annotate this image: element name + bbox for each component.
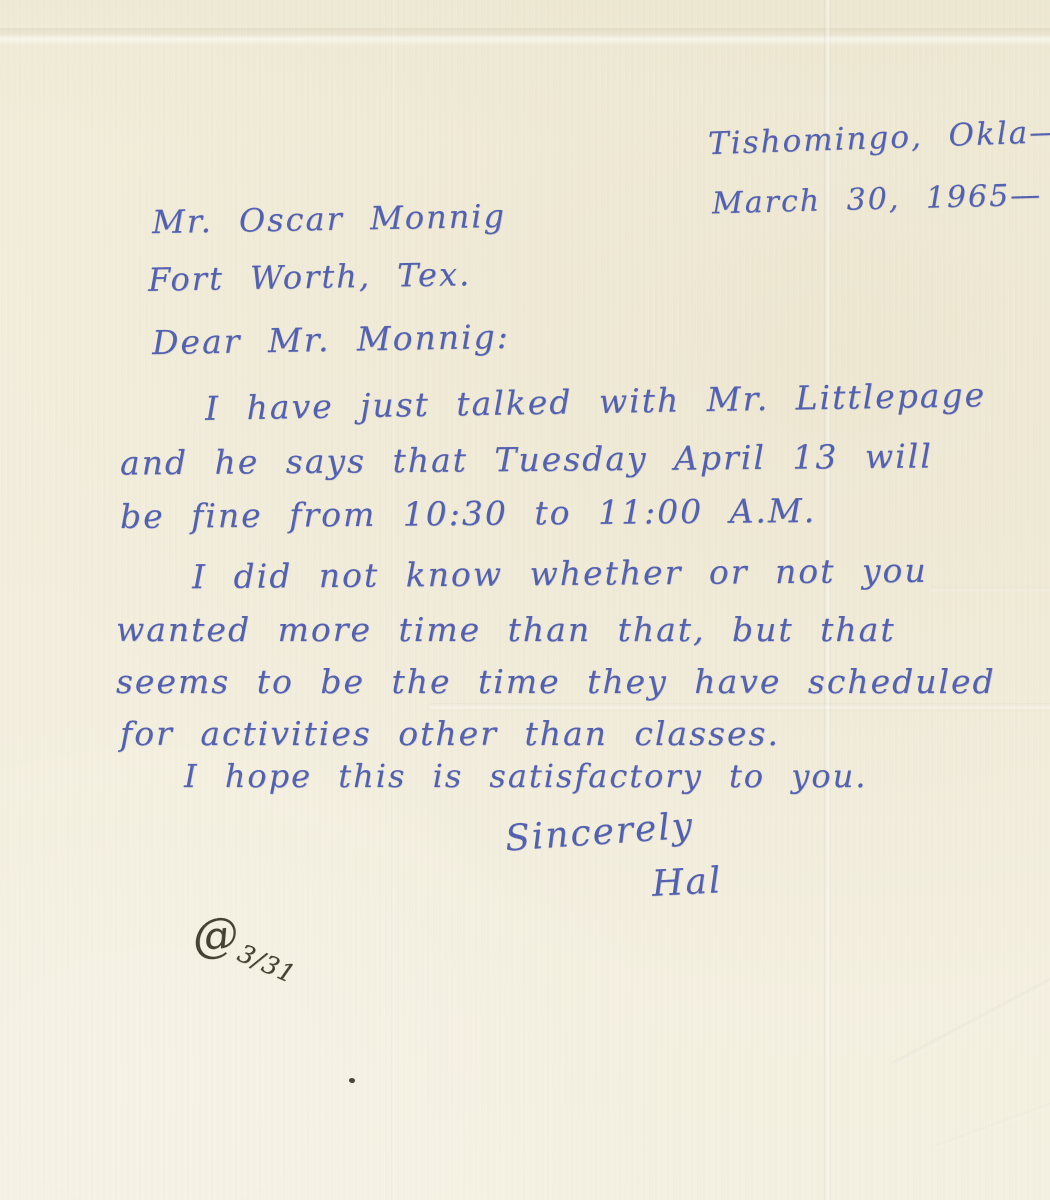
- vertical-fold-crease-left: [391, 0, 396, 1200]
- recipient-name: Mr. Oscar Monnig: [152, 197, 507, 241]
- body-line: and he says that Tuesday April 13 will: [120, 436, 933, 482]
- body-line: I hope this is satisfactory to you.: [184, 757, 867, 795]
- salutation: Dear Mr. Monnig:: [152, 317, 510, 362]
- ink-speck: [348, 1077, 356, 1084]
- vertical-fold-crease-right: [824, 0, 831, 1200]
- body-line: I did not know whether or not you: [192, 551, 928, 596]
- middle-fold-crease: [430, 703, 1050, 711]
- signature: Hal: [651, 860, 723, 905]
- recipient-city: Fort Worth, Tex.: [148, 255, 472, 299]
- closing: Sincerely: [504, 805, 696, 859]
- pencil-date: 3/31: [233, 938, 300, 989]
- dateline-date: March 30, 1965—: [712, 178, 1043, 222]
- bottom-right-wrinkle: [935, 1076, 1050, 1149]
- small-crease-right: [930, 586, 1050, 591]
- body-line: seems to be the time they have scheduled: [116, 662, 996, 701]
- bottom-right-wrinkle: [891, 959, 1050, 1068]
- top-fold-crease: [0, 28, 1050, 46]
- body-line: be fine from 10:30 to 11:00 A.M.: [120, 491, 817, 536]
- dateline-place: Tishomingo, Okla—: [707, 114, 1050, 162]
- pencil-annotation: @3/31: [189, 909, 301, 969]
- circled-a-symbol: @: [190, 910, 241, 961]
- body-line: for activities other than classes.: [120, 714, 780, 753]
- body-line: I have just talked with Mr. Littlepage: [205, 375, 987, 428]
- letter-paper: Tishomingo, Okla— March 30, 1965— Mr. Os…: [0, 0, 1050, 1200]
- body-line: wanted more time than that, but that: [116, 610, 896, 649]
